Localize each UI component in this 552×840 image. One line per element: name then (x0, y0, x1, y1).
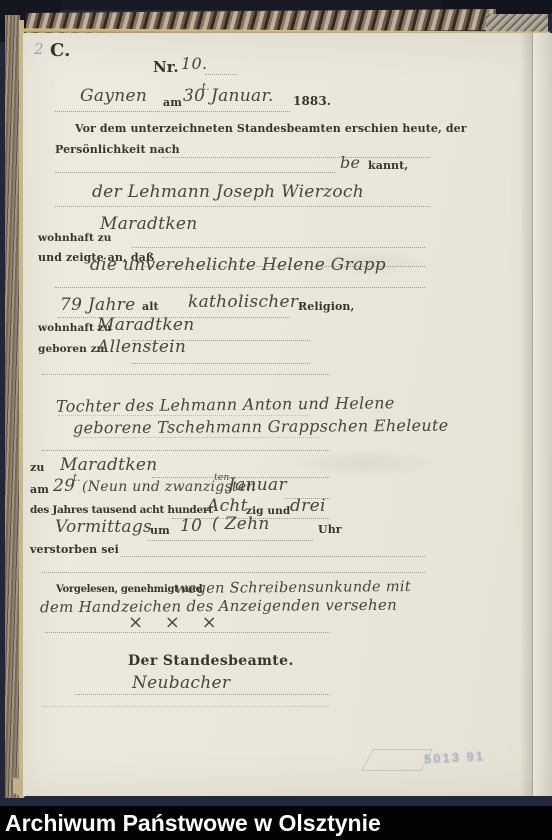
death-place-label: zu (30, 462, 44, 473)
death-time-uhr-label: Uhr (318, 524, 342, 535)
declarant-name: der Lehmann Joseph Wierzoch (92, 184, 364, 201)
death-place: Maradtken (60, 457, 158, 474)
death-year-hand-2: drei (290, 498, 326, 515)
ruled-line (55, 172, 335, 173)
ruled-line (75, 694, 330, 695)
ruled-line (162, 157, 430, 158)
ruled-line (120, 556, 425, 557)
registrar-signature: Neubacher (132, 675, 230, 692)
ruled-line (42, 572, 425, 573)
death-time-um-label: um (150, 525, 170, 536)
dateline-year: 1883. (293, 95, 331, 107)
ruled-line (42, 706, 330, 707)
ruled-line (75, 437, 320, 438)
death-time-hour-words: ( Zehn (212, 516, 270, 533)
death-day: 29 (53, 478, 75, 495)
ruled-line (45, 632, 330, 633)
deceased-name-line: die unverehelichte Helene Grapp (90, 257, 386, 274)
deceased-birthplace: Allenstein (97, 339, 186, 356)
dateline-day-suffix: t. (202, 83, 210, 93)
born-label: geboren zu (38, 344, 104, 355)
age-label: alt (142, 301, 159, 312)
pencil-annotation-box (361, 749, 433, 771)
closing-hand-1: wegen Schreibensunkunde mit (175, 580, 411, 597)
ink-showthrough (290, 448, 440, 478)
verstorben-label: verstorben sei (30, 544, 119, 555)
intro-line-1: Vor dem unterzeichneten Standesbeamten e… (75, 123, 467, 134)
known-printed: kannt, (368, 160, 408, 171)
registrar-title: Der Standesbeamte. (128, 654, 294, 668)
death-time-hour: 10 (180, 518, 202, 535)
record-number-label: Nr. (153, 60, 179, 75)
cover-edge-right (486, 14, 548, 32)
parents-line-2: geborene Tschehmann Grappschen Eheleute (73, 418, 449, 437)
ruled-line (55, 111, 290, 112)
parents-line-1: Tochter des Lehmann Anton und Helene (56, 395, 395, 415)
record-number: 10. (181, 56, 207, 72)
ruled-line (58, 415, 310, 416)
known-handwritten: be (340, 155, 360, 171)
death-date-label: am (30, 484, 49, 495)
dateline-place: Gaynen (80, 88, 147, 105)
pencil-corner-mark: 2 (34, 42, 44, 57)
handmark-crosses: × × × (128, 614, 225, 632)
archive-caption: Archiwum Państwowe w Olsztynie (5, 810, 381, 836)
ruled-line (42, 374, 330, 375)
facing-page-sliver (533, 33, 552, 796)
death-month: Januar (228, 477, 287, 494)
ruled-line (132, 247, 425, 248)
deceased-age: 79 Jahre (60, 297, 136, 314)
dateline-am-label: am (163, 97, 182, 108)
gutter-shadow (520, 33, 532, 796)
ruled-line (42, 450, 330, 451)
deceased-religion: katholischer (188, 294, 298, 311)
resident-label-1: wohnhaft zu (38, 233, 111, 244)
death-time-period: Vormittags (55, 519, 152, 536)
form-letter: C. (50, 42, 70, 60)
ruled-line (205, 74, 237, 75)
ruled-line (55, 287, 425, 288)
dateline-month: Januar. (211, 88, 274, 105)
death-day-suffix: t. (73, 474, 81, 484)
religion-label: Religion, (298, 301, 354, 312)
page-block-edge-left (5, 15, 20, 798)
intro-line-2: Persönlichkeit nach (55, 144, 180, 155)
ruled-line (55, 206, 430, 207)
declarant-residence: Maradtken (100, 216, 198, 233)
archive-stamp: 5013 91 (424, 748, 486, 766)
death-year-hand-1: Acht (207, 498, 248, 515)
ruled-line (148, 540, 313, 541)
archive-caption-bar: Archiwum Państwowe w Olsztynie (0, 806, 552, 840)
death-year-label: des Jahres tausend acht hundert (30, 505, 213, 516)
scanned-register-page: 2 C. Nr. 10. Gaynen am 30 t. Januar. 188… (0, 0, 552, 840)
ruled-line (132, 363, 310, 364)
deceased-residence: Maradtken (97, 317, 195, 334)
